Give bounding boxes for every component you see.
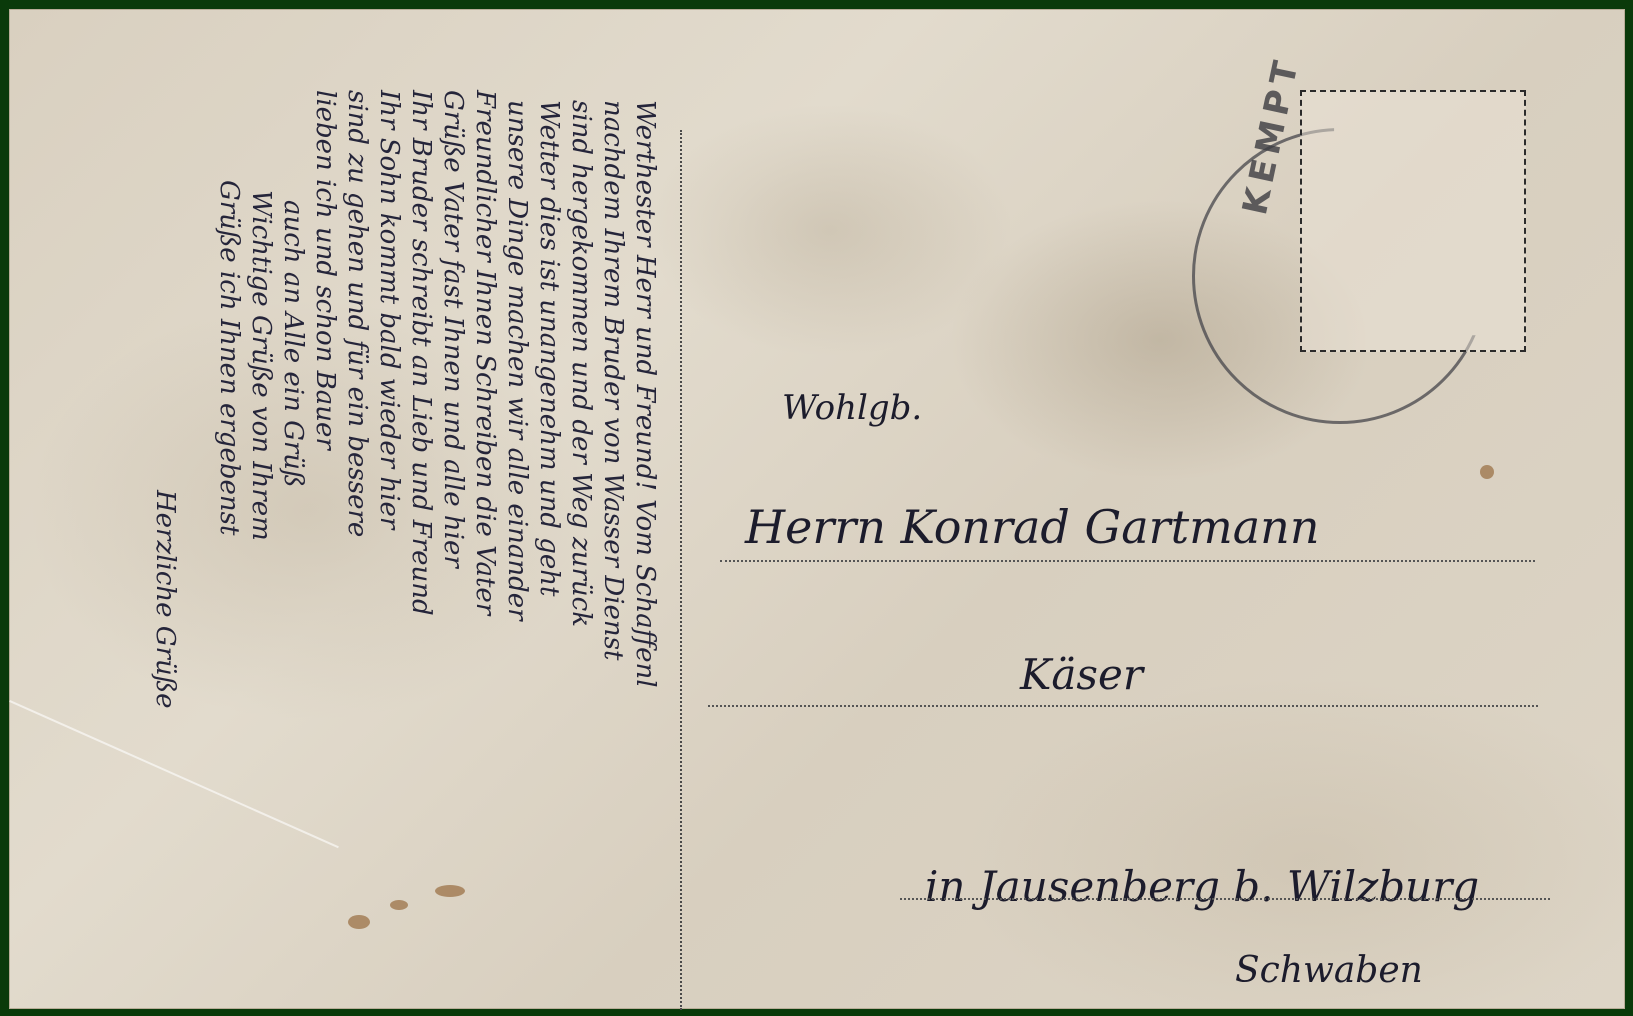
message-line: Wichtige Grüße von Ihrem [246, 190, 276, 541]
message-line: nachdem Ihrem Bruder von Wasser Dienst [598, 100, 628, 660]
message-address-divider [680, 130, 682, 1010]
rust-stain [1480, 465, 1494, 479]
message-line: Ihr Sohn kommt bald wieder hier [374, 90, 404, 529]
message-line: Wetter dies ist unangenehm und geht [534, 100, 564, 596]
message-line: lieben ich und schon Bauer [310, 90, 340, 450]
address-occupation: Käser [1020, 650, 1143, 699]
message-line: Grüße ich Ihnen ergebenst [214, 180, 244, 535]
address-place: in Jausenberg b. Wilzburg [925, 862, 1479, 911]
address-dotted-line [708, 705, 1538, 707]
handwritten-message: Werthester Herr und Freund! Vom Schaffen… [50, 70, 670, 990]
address-dotted-line [720, 560, 1535, 562]
message-line: sind zu gehen und für ein bessere [342, 90, 372, 537]
message-line: Grüße Vater fast Ihnen und alle hier [438, 90, 468, 568]
message-line: sind hergekommen und der Weg zurück [566, 100, 596, 627]
message-line: auch an Alle ein Grüß [278, 200, 308, 487]
stamp-placeholder-box [1300, 90, 1526, 352]
address-salutation: Wohlgb. [782, 388, 922, 428]
message-line: Freundlicher Ihnen Schreiben die Vater [470, 90, 500, 615]
message-line: Herzliche Grüße [150, 490, 180, 708]
message-line: Werthester Herr und Freund! Vom Schaffen… [630, 100, 660, 688]
address-name: Herrn Konrad Gartmann [745, 500, 1319, 554]
address-dotted-line [900, 898, 1550, 900]
message-line: unsere Dinge machen wir alle einander [502, 100, 532, 621]
address-region: Schwaben [1235, 950, 1423, 991]
message-line: Ihr Bruder schreibt an Lieb und Freund [406, 90, 436, 616]
